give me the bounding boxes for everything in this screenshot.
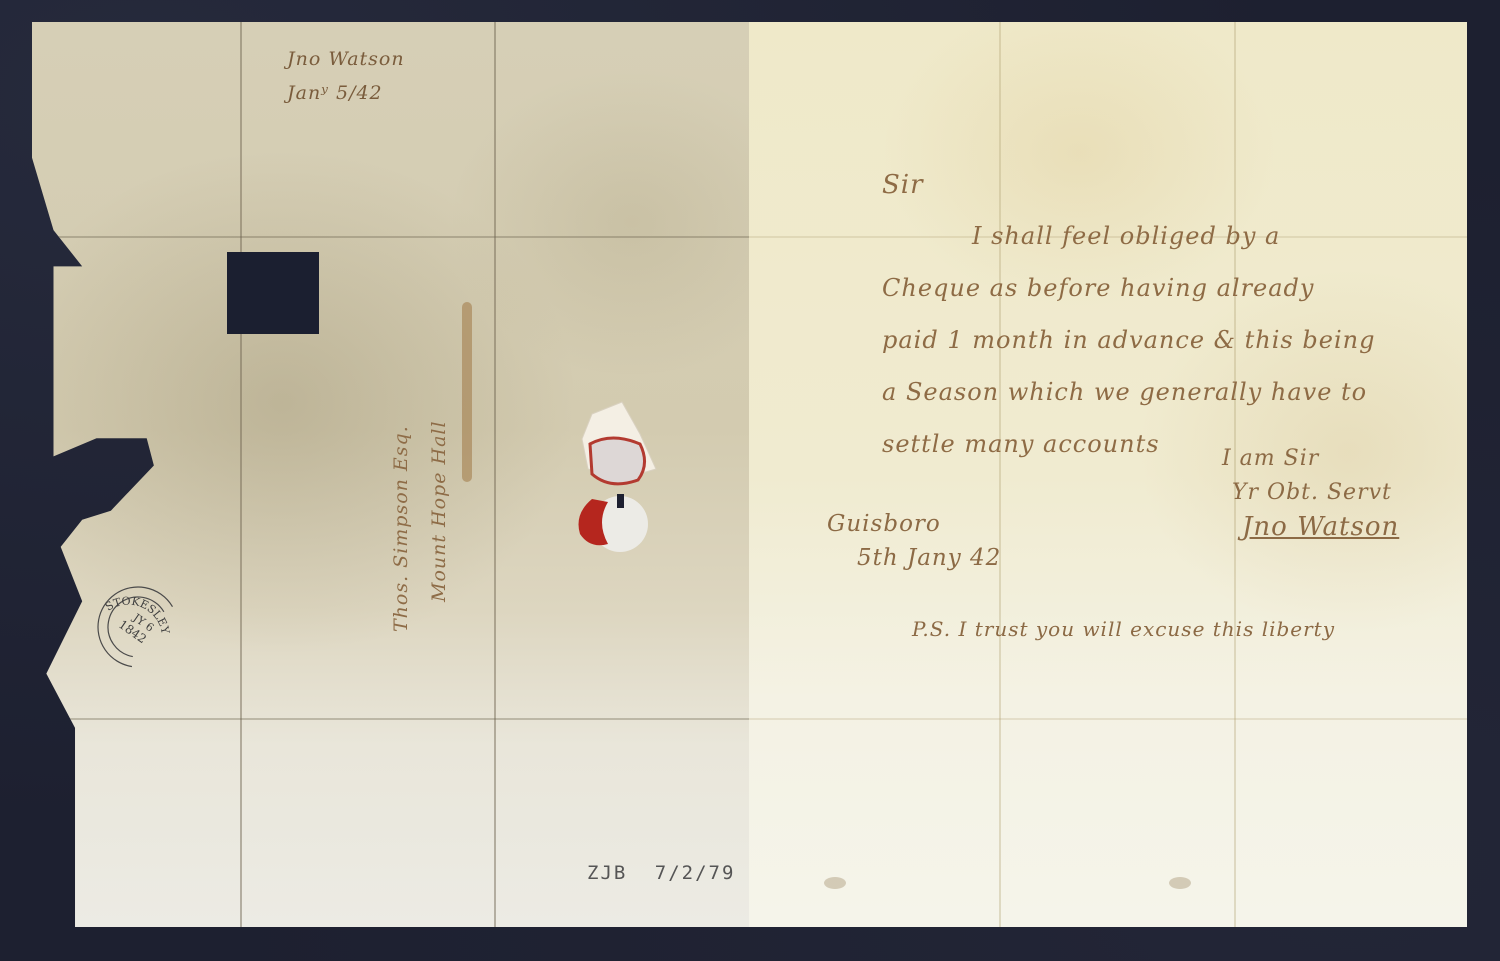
body-line: a Season which we generally have to (882, 378, 1375, 430)
fold-line (32, 718, 749, 720)
body-line: paid 1 month in advance & this being (882, 326, 1375, 378)
fold-line (32, 236, 749, 238)
docket-name: Jno Watson (287, 42, 405, 76)
place: Guisboro (827, 507, 1001, 541)
stain-mark (824, 877, 846, 889)
pencil-code: ZJB (587, 862, 627, 884)
body-line: I shall feel obliged by a (882, 222, 1375, 274)
wax-seal (562, 394, 672, 554)
salutation: Sir (882, 170, 1375, 222)
letter-date: 5th Jany 42 (827, 541, 1001, 575)
address-line-2: Mount Hope Hall (420, 420, 458, 632)
signature: Jno Watson (1222, 510, 1399, 544)
letter-sheet: Jno Watson Janʸ 5/42 Thos. Simpson Esq. … (32, 22, 1467, 927)
outer-panel: Jno Watson Janʸ 5/42 Thos. Simpson Esq. … (32, 22, 749, 927)
postmark-stamp: STOKESLEY JY 6 1842 (95, 584, 181, 670)
postscript: P.S. I trust you will excuse this libert… (912, 617, 1335, 641)
fold-line (494, 22, 496, 927)
address-line-1: Thos. Simpson Esq. (382, 420, 420, 632)
pencil-note: ZJB 7/2/79 (587, 862, 735, 884)
pencil-date: 7/2/79 (655, 862, 736, 884)
closing-block: I am Sir Yr Obt. Servt Jno Watson (1222, 442, 1399, 544)
stain-mark (1169, 877, 1191, 889)
address-block: Thos. Simpson Esq. Mount Hope Hall (382, 420, 458, 632)
docket-note: Jno Watson Janʸ 5/42 (287, 42, 405, 110)
ink-stain (462, 302, 472, 482)
place-date-block: Guisboro 5th Jany 42 (827, 507, 1001, 575)
closing-line-1: I am Sir (1222, 442, 1399, 476)
docket-date: Janʸ 5/42 (287, 76, 405, 110)
fold-line (240, 22, 242, 927)
red-pin-mark (56, 240, 62, 246)
fold-line (749, 718, 1467, 720)
letter-body: Sir I shall feel obliged by a Cheque as … (882, 170, 1375, 482)
closing-line-2: Yr Obt. Servt (1222, 476, 1399, 510)
cut-out-hole (227, 252, 319, 334)
body-line: Cheque as before having already (882, 274, 1375, 326)
